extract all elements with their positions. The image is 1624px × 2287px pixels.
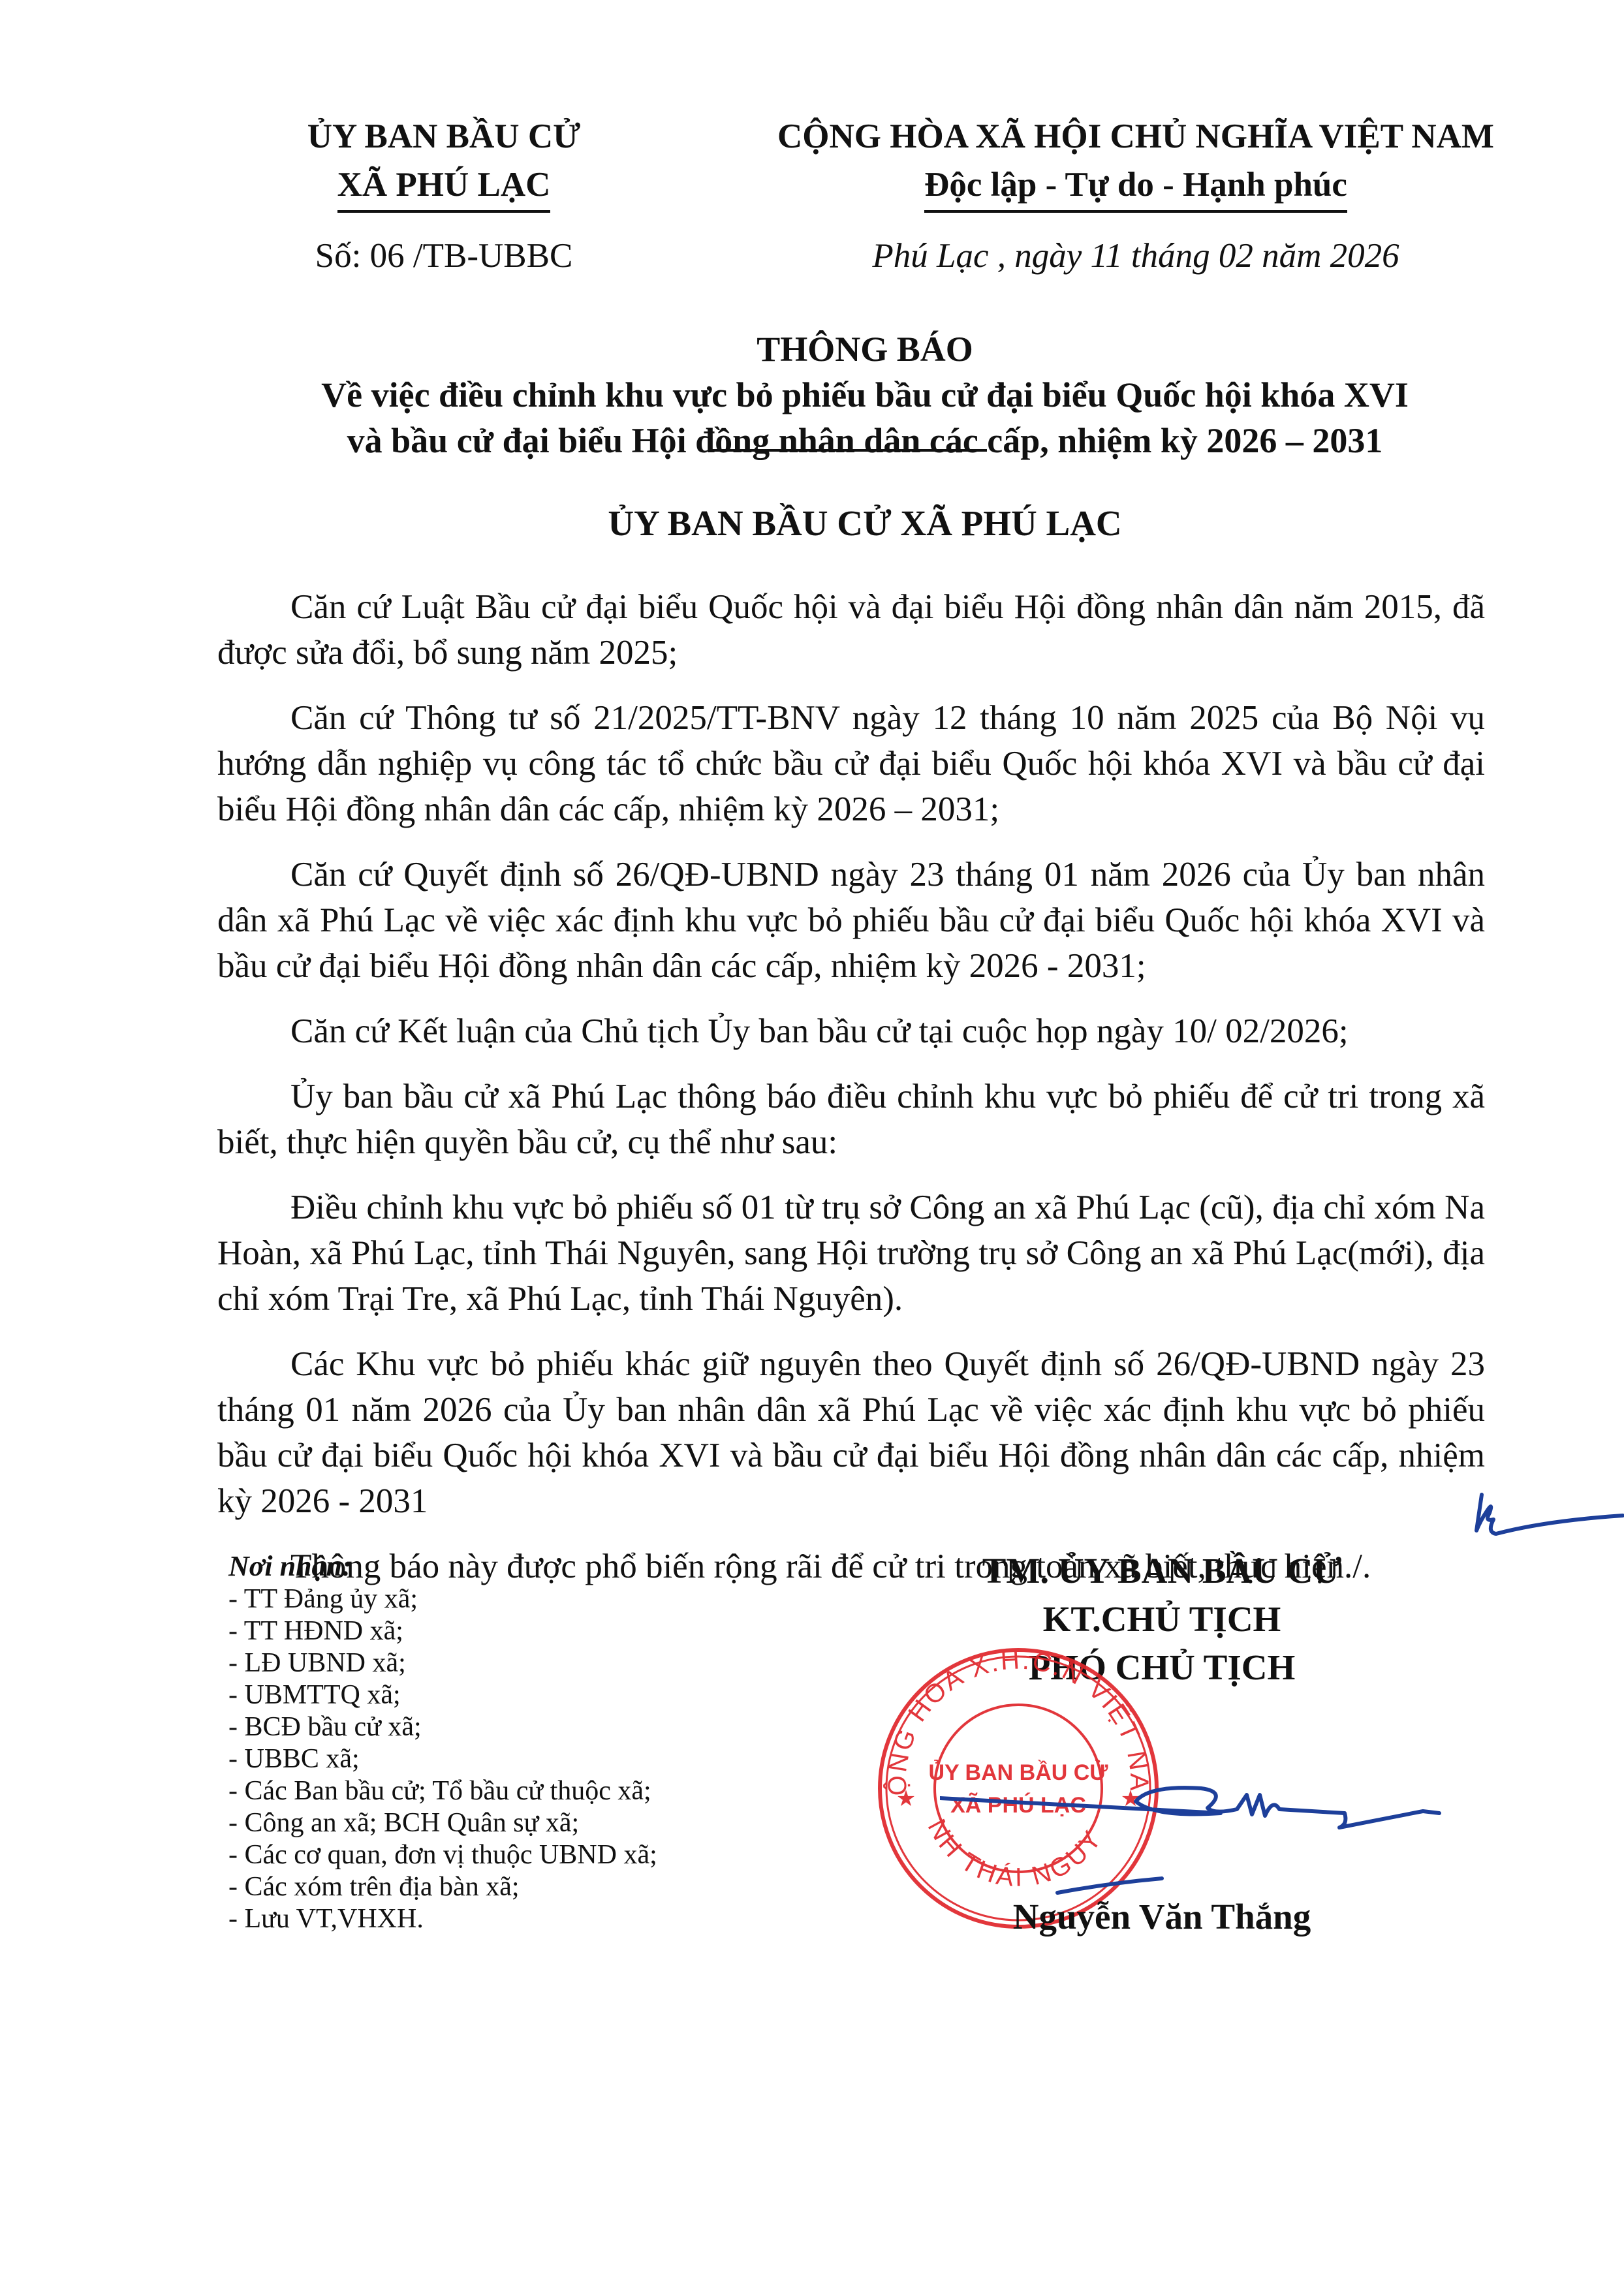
document-type: THÔNG BÁO bbox=[215, 326, 1514, 372]
paragraph: Ủy ban bầu cử xã Phú Lạc thông báo điều … bbox=[217, 1074, 1485, 1165]
subject-underline bbox=[710, 449, 987, 452]
stamp-star-left-icon: ★ bbox=[896, 1787, 916, 1811]
issuer-heading: ỦY BAN BẦU CỬ XÃ PHÚ LẠC bbox=[215, 503, 1514, 544]
agency-line-2: XÃ PHÚ LẠC bbox=[337, 161, 551, 213]
document-title-block: THÔNG BÁO Về việc điều chỉnh khu vực bỏ … bbox=[215, 326, 1514, 463]
subject-line-2: và bầu cử đại biểu Hội đồng nhân dân các… bbox=[215, 418, 1514, 463]
recipient-item: - Lưu VT,VHXH. bbox=[228, 1903, 657, 1935]
recipient-item: - TT HĐND xã; bbox=[228, 1615, 657, 1647]
recipients-label: Nơi nhận: bbox=[228, 1550, 657, 1582]
document-number: Số: 06 /TB-UBBC bbox=[261, 236, 627, 275]
recipient-item: - LĐ UBND xã; bbox=[228, 1647, 657, 1679]
recipient-item: - Công an xã; BCH Quân sự xã; bbox=[228, 1807, 657, 1839]
issuing-agency: ỦY BAN BẦU CỬ XÃ PHÚ LẠC bbox=[261, 112, 627, 213]
recipient-item: - UBBC xã; bbox=[228, 1743, 657, 1775]
paragraph: Căn cứ Thông tư số 21/2025/TT-BNV ngày 1… bbox=[217, 695, 1485, 832]
recipient-item: - Các Ban bầu cử; Tổ bầu cử thuộc xã; bbox=[228, 1775, 657, 1807]
motto: Độc lập - Tự do - Hạnh phúc bbox=[924, 161, 1347, 213]
recipient-item: - Các xóm trên địa bàn xã; bbox=[228, 1871, 657, 1903]
agency-line-1: ỦY BAN BẦU CỬ bbox=[261, 112, 627, 161]
place-date: Phú Lạc , ngày 11 tháng 02 năm 2026 bbox=[731, 236, 1540, 275]
paragraph: Các Khu vực bỏ phiếu khác giữ nguyên the… bbox=[217, 1341, 1485, 1524]
recipient-item: - Các cơ quan, đơn vị thuộc UBND xã; bbox=[228, 1839, 657, 1871]
subject-line-1: Về việc điều chỉnh khu vực bỏ phiếu bầu … bbox=[215, 372, 1514, 418]
sig-line-1: TM. ỦY BAN BẦU CỬ bbox=[914, 1547, 1410, 1595]
recipient-item: - TT Đảng ủy xã; bbox=[228, 1583, 657, 1615]
recipient-item: - BCĐ bầu cử xã; bbox=[228, 1711, 657, 1743]
recipient-item: - UBMTTQ xã; bbox=[228, 1679, 657, 1711]
document-body: Căn cứ Luật Bầu cử đại biểu Quốc hội và … bbox=[217, 584, 1485, 1609]
national-motto: CỘNG HÒA XÃ HỘI CHỦ NGHĨA VIỆT NAM Độc l… bbox=[731, 112, 1540, 213]
handwritten-signature-icon bbox=[940, 1762, 1449, 1906]
signer-name: Nguyễn Văn Thắng bbox=[914, 1896, 1410, 1937]
recipients-list: Nơi nhận: - TT Đảng ủy xã; - TT HĐND xã;… bbox=[228, 1550, 657, 1935]
paragraph: Căn cứ Luật Bầu cử đại biểu Quốc hội và … bbox=[217, 584, 1485, 676]
country-name: CỘNG HÒA XÃ HỘI CHỦ NGHĨA VIỆT NAM bbox=[731, 112, 1540, 161]
paragraph: Điều chỉnh khu vực bỏ phiếu số 01 từ trụ… bbox=[217, 1185, 1485, 1322]
initials-mark-icon bbox=[1467, 1482, 1624, 1547]
paragraph: Căn cứ Quyết định số 26/QĐ-UBND ngày 23 … bbox=[217, 852, 1485, 989]
paragraph: Căn cứ Kết luận của Chủ tịch Ủy ban bầu … bbox=[217, 1008, 1485, 1054]
